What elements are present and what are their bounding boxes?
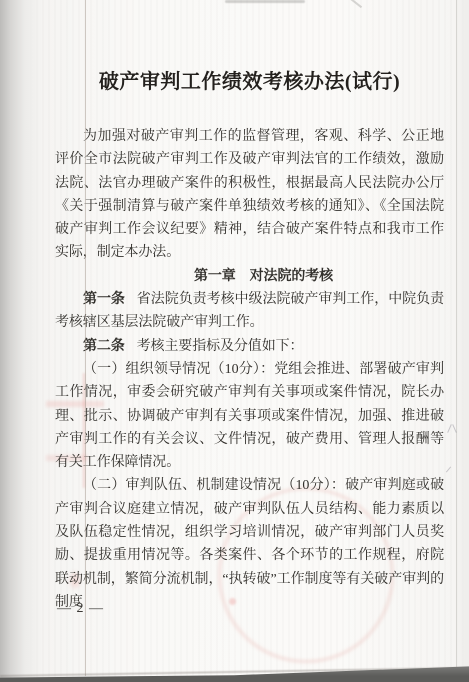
scanned-document-page: 破产审判工作绩效考核办法(试行) 为加强对破产审判工作的监督管理，客观、科学、公…	[0, 0, 469, 682]
article-2-item-1: （一）组织领导情况（10分）：党组会推进、部署破产审判工作情况，审委会研究破产审…	[55, 358, 444, 474]
article-1: 第一条省法院负责考核中级法院破产审判工作，中院负责考核辖区基层法院破产审判工作。	[55, 288, 444, 335]
scan-top-smudge	[350, 0, 362, 8]
pencil-margin-mark	[449, 424, 455, 433]
chapter-1-label: 第一章	[194, 269, 236, 284]
document-title: 破产审判工作绩效考核办法(试行)	[55, 69, 444, 96]
article-2-item-2: （二）审判队伍、机制建设情况（10分）：破产审判庭或破产审判合议庭建立情况，破产…	[55, 474, 444, 614]
scan-left-edge	[0, 0, 42, 682]
page-number: — 2 —	[57, 601, 104, 617]
article-2: 第二条考核主要指标及分值如下：	[55, 335, 444, 358]
article-2-text: 考核主要指标及分值如下：	[137, 339, 304, 354]
article-1-label: 第一条	[83, 292, 125, 307]
document-body: 破产审判工作绩效考核办法(试行) 为加强对破产审判工作的监督管理，客观、科学、公…	[55, 69, 444, 614]
article-2-label: 第二条	[83, 339, 125, 354]
pencil-margin-mark	[448, 466, 449, 473]
binding-fold-line	[85, 0, 86, 676]
paragraph-intro: 为加强对破产审判工作的监督管理，客观、科学、公正地评价全市法院破产审判工作及破产…	[55, 125, 444, 265]
paper-right-edge	[456, 0, 469, 682]
scan-top-smudge	[225, 0, 305, 3]
chapter-1-heading: 第一章对法院的考核	[55, 265, 444, 288]
chapter-1-title: 对法院的考核	[250, 269, 333, 284]
